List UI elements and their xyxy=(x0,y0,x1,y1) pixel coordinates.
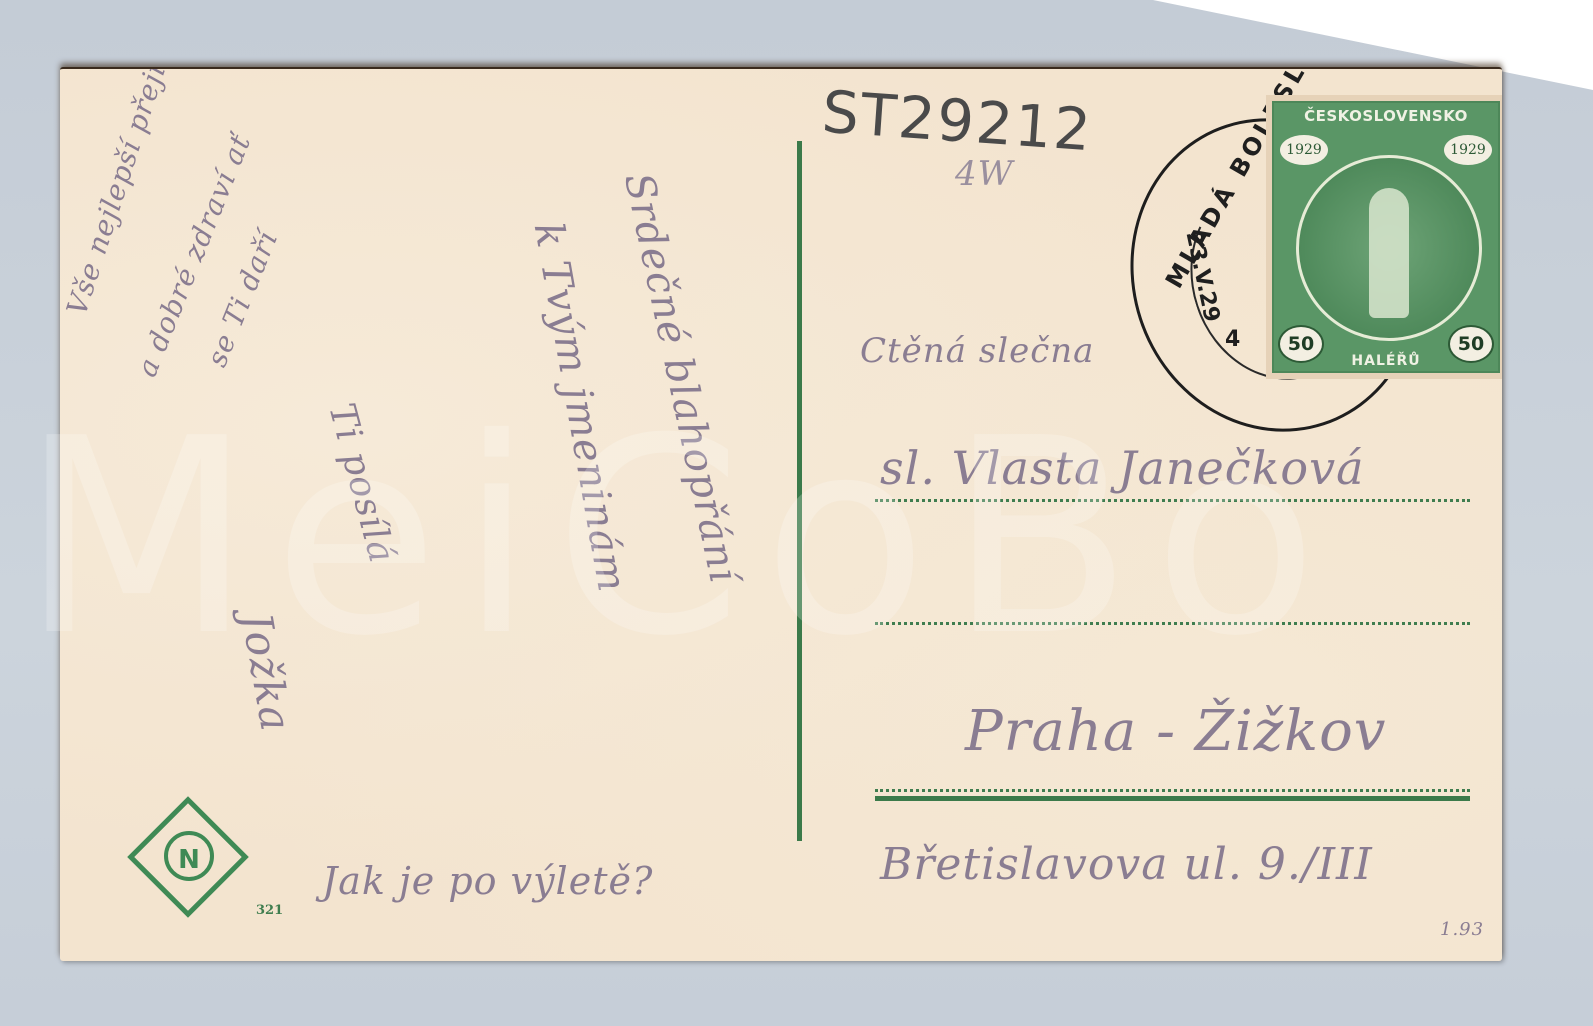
postage-stamp: ČESKOSLOVENSKO 1929 1929 50 50 HALÉŘŮ xyxy=(1272,101,1500,373)
address-rule-2 xyxy=(875,622,1470,625)
address-rule-3 xyxy=(875,789,1470,792)
pencil-note: 4W xyxy=(955,154,1014,194)
address-line-4: Břetislavova ul. 9./III xyxy=(880,839,1373,890)
stamp-year-left: 1929 xyxy=(1280,135,1328,165)
address-rule-1 xyxy=(875,499,1470,502)
message-line-3: Ti posílá xyxy=(320,399,402,568)
message-line-1: Srdečné blahopřání xyxy=(615,169,747,587)
address-rule-3-solid xyxy=(875,796,1470,801)
stamp-denomination: HALÉŘŮ xyxy=(1274,353,1498,369)
address-line-1: Ctěná slečna xyxy=(860,331,1094,371)
monogram-icon: N xyxy=(164,831,214,881)
postscript: Jak je po výletě? xyxy=(322,859,653,903)
center-divider xyxy=(797,141,802,841)
stamp-year-right: 1929 xyxy=(1444,135,1492,165)
message-line-2: k Tvým jmeninám xyxy=(525,219,635,596)
postcard: Vše nejlepší přeji a dobré zdraví ať se … xyxy=(60,67,1502,961)
side-note-line-1: Vše nejlepší přeji xyxy=(60,67,173,319)
postmark-extra: 4 xyxy=(1225,327,1240,352)
saint-figure-icon xyxy=(1369,188,1409,318)
signature: Jožka xyxy=(232,609,301,735)
catalog-note: ST29212 xyxy=(820,78,1095,165)
address-line-3: Praha - Žižkov xyxy=(965,699,1386,764)
stamp-medallion xyxy=(1296,155,1482,341)
print-number: 321 xyxy=(256,903,283,918)
stamp-country: ČESKOSLOVENSKO xyxy=(1274,107,1498,125)
address-line-2: sl. Vlasta Janečková xyxy=(880,441,1365,495)
address-line-4-suffix: 1.93 xyxy=(1440,919,1484,940)
